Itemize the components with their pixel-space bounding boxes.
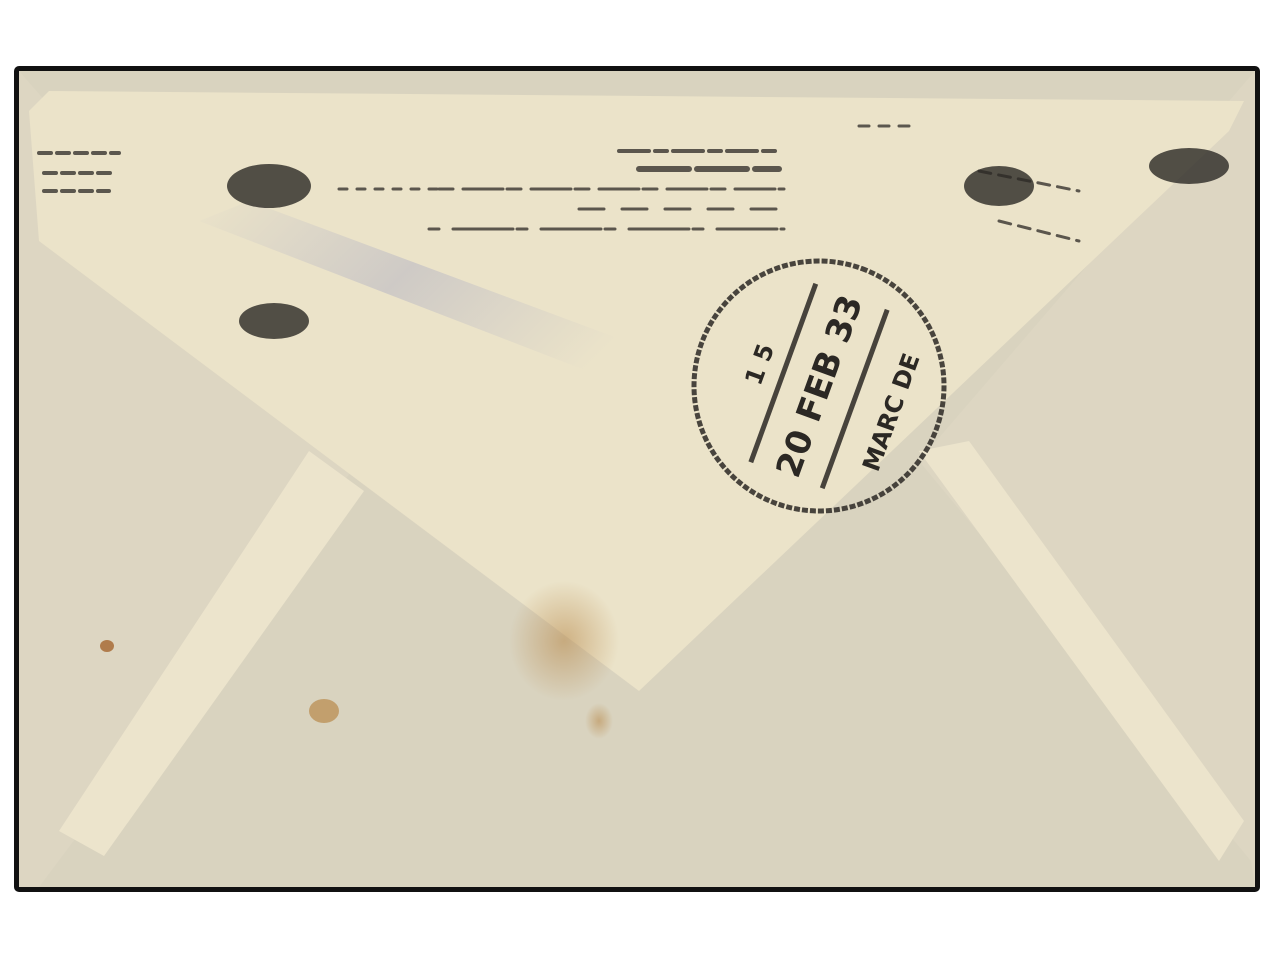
spot-stain [309,699,339,723]
envelope-back: 20 FEB 33 1 5 MARC DE [14,66,1260,892]
envelope-illustration: 20 FEB 33 1 5 MARC DE [19,71,1255,887]
foxing-stain [509,581,619,701]
